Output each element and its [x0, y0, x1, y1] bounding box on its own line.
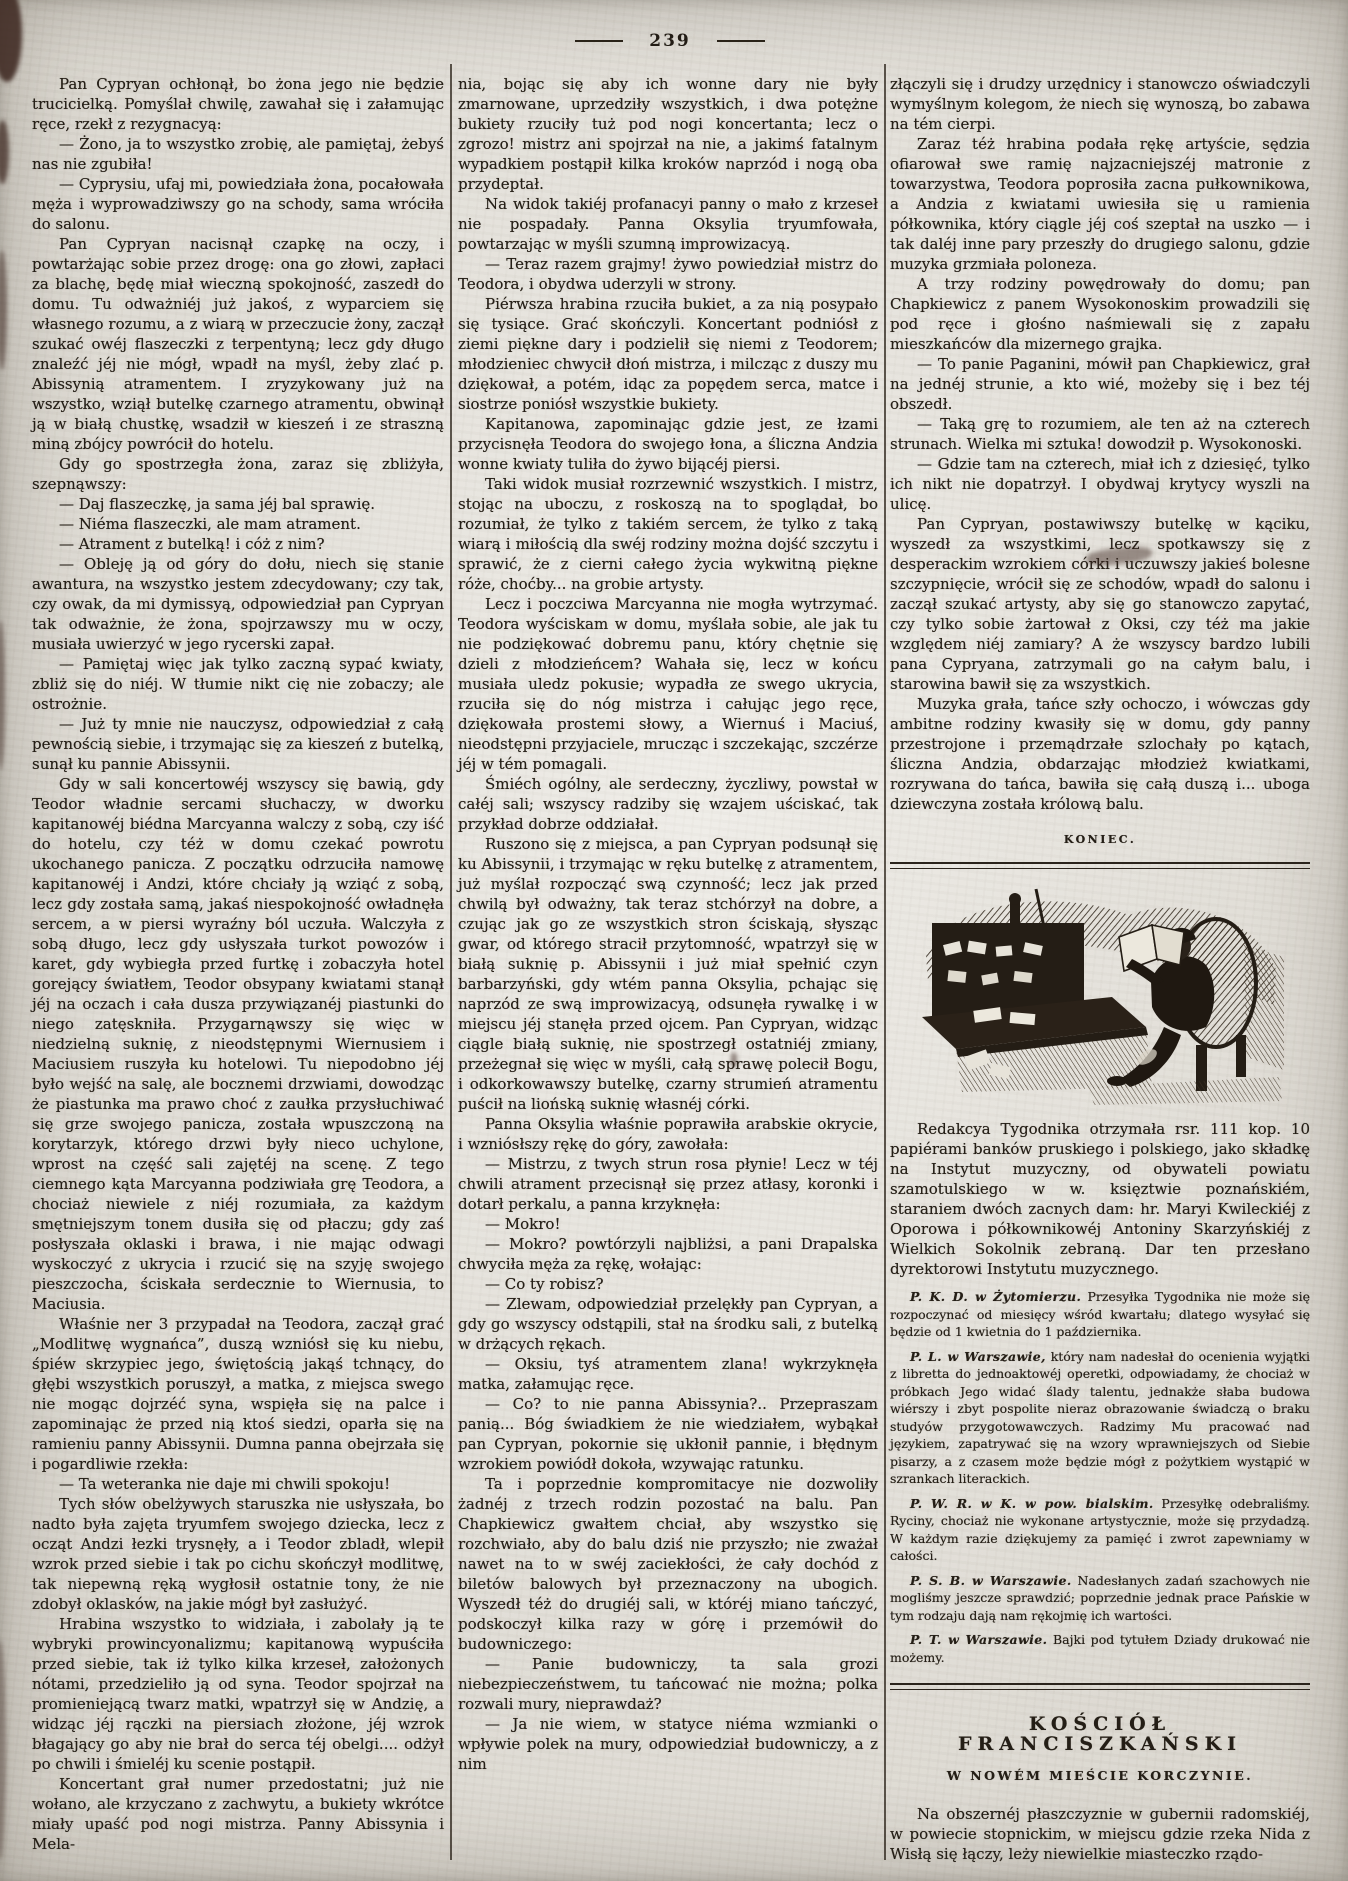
story-paragraph: Pan Cypryan ochłonął, bo żona jego nie b…: [32, 74, 444, 134]
story-paragraph: Ta i poprzednie kompromitacye nie dozwol…: [458, 1474, 878, 1654]
story-paragraph: Na widok takiéj profanacyi panny o mało …: [458, 194, 878, 254]
story-paragraph: Panna Oksylia właśnie poprawiła arabskie…: [458, 1114, 878, 1154]
story-paragraph: — Mokro? powtórzyli najbliżsi, a pani Dr…: [458, 1234, 878, 1274]
correspondence-notes: P. K. D. w Żytomierzu. Przesyłka Tygodni…: [890, 1281, 1310, 1666]
note-addressee: P. W. R. w K. w pow. bialskim.: [910, 1496, 1154, 1511]
story-paragraph: A trzy rodziny powędrowały do domu; pan …: [890, 274, 1310, 354]
note-addressee: P. K. D. w Żytomierzu.: [910, 1289, 1081, 1304]
column-2: nia, bojąc się aby ich wonne dary nie by…: [458, 74, 878, 1774]
redakcya-paragraph: Redakcya Tygodnika otrzymała rsr. 111 ko…: [890, 1119, 1310, 1279]
story-paragraph: Pan Cypryan, postawiwszy butelkę w kącik…: [890, 514, 1310, 694]
story-paragraph: — Co? to nie panna Abissynia?.. Przepras…: [458, 1394, 878, 1474]
story-paragraph: — Gdzie tam na czterech, miał ich z dzie…: [890, 454, 1310, 514]
story-paragraph: — Mokro!: [458, 1214, 878, 1234]
story-paragraph: — Niéma flaszeczki, ale mam atrament.: [32, 514, 444, 534]
story-continuation: złączyli się i drudzy urzędnicy i stanow…: [890, 74, 1310, 814]
column-rule-left: [450, 64, 452, 1860]
ink-speck: [731, 1052, 737, 1068]
church-article-section: KOŚCIÓŁ FRANCISZKAŃSKI W NOWÉM MIEŚCIE K…: [890, 1683, 1310, 1864]
ink-stain: [0, 620, 5, 770]
edge-shadow: [0, 1640, 6, 1860]
note-addressee: P. L. w Warszawie,: [910, 1349, 1046, 1364]
note-addressee: P. T. w Warszawie.: [910, 1632, 1047, 1647]
story-paragraph: — Ta weteranka nie daje mi chwili spokoj…: [32, 1474, 444, 1494]
story-paragraph: złączyli się i drudzy urzędnicy i stanow…: [890, 74, 1310, 134]
story-paragraph: Śmiéch ogólny, ale serdeczny, życzliwy, …: [458, 774, 878, 834]
story-paragraph: — To panie Paganini, mówił pan Chapkiewi…: [890, 354, 1310, 414]
story-paragraph: — Atrament z butelką! i cóż z nim?: [32, 534, 444, 554]
ink-stain: [0, 120, 9, 184]
note-text: który nam nadesłał do ocenienia wyjątki …: [890, 1349, 1310, 1487]
story-paragraph: — Cyprysiu, ufaj mi, powiedziała żona, p…: [32, 174, 444, 234]
correspondence-note: P. W. R. w K. w pow. bialskim. Przesyłkę…: [890, 1495, 1310, 1565]
story-paragraph: Lecz i poczciwa Marcyanna nie mogła wytr…: [458, 594, 878, 774]
double-rule: [890, 862, 1310, 869]
story-paragraph: — Panie budowniczy, ta sala grozi niebez…: [458, 1654, 878, 1714]
story-paragraph: Muzyka grała, tańce szły ochoczo, i wówc…: [890, 694, 1310, 814]
story-paragraph: Ruszono się z miejsca, a pan Cypryan pod…: [458, 834, 878, 1114]
story-paragraph: Właśnie ner 3 przypadał na Teodora, zacz…: [32, 1314, 444, 1474]
story-paragraph: — Żono, ja to wszystko zrobię, ale pamię…: [32, 134, 444, 174]
story-paragraph: — Oksiu, tyś atramentem zlana! wykrzyknę…: [458, 1354, 878, 1394]
story-paragraph: Kapitanowa, zapominając gdzie jest, ze ł…: [458, 414, 878, 474]
column-3: złączyli się i drudzy urzędnicy i stanow…: [890, 74, 1310, 1864]
illustration-frame: [890, 885, 1310, 1107]
story-paragraph: Zaraz téż hrabina podała rękę artyście, …: [890, 134, 1310, 274]
story-paragraph: — Już ty mnie nie nauczysz, odpowiedział…: [32, 714, 444, 774]
ink-stain: [0, 250, 7, 370]
header-dash-right: [717, 40, 765, 42]
story-paragraph: Gdy w sali koncertowéj wszyscy się bawią…: [32, 774, 444, 1314]
note-addressee: P. S. B. w Warszawie.: [910, 1573, 1072, 1588]
story-paragraph: — Mistrzu, z twych strun rosa płynie! Le…: [458, 1154, 878, 1214]
column-1: Pan Cypryan ochłonął, bo żona jego nie b…: [32, 74, 444, 1854]
ink-stain: [0, 0, 22, 82]
reading-man-engraving: [914, 885, 1286, 1107]
column-rule-right: [884, 64, 886, 1860]
story-paragraph: Pan Cypryan nacisnął czapkę na oczy, i p…: [32, 234, 444, 454]
story-paragraph: nia, bojąc się aby ich wonne dary nie by…: [458, 74, 878, 194]
double-rule: [890, 1683, 1310, 1690]
story-paragraph: — Obleję ją od góry do dołu, niech się s…: [32, 554, 444, 654]
story-paragraph: Koncertant grał numer przedostatni; już …: [32, 1774, 444, 1854]
koniec-label: KONIEC.: [890, 830, 1310, 850]
story-paragraph: — Ja nie wiem, w statyce niéma wzmianki …: [458, 1714, 878, 1774]
article-title: KOŚCIÓŁ FRANCISZKAŃSKI: [890, 1714, 1310, 1754]
story-paragraph: Piérwsza hrabina rzuciła bukiet, a za ni…: [458, 294, 878, 414]
page-header: 239: [30, 26, 1310, 56]
correspondence-note: P. L. w Warszawie, który nam nadesłał do…: [890, 1348, 1310, 1488]
story-paragraph: Taki widok musiał rozrzewnić wszystkich.…: [458, 474, 878, 594]
correspondence-note: P. K. D. w Żytomierzu. Przesyłka Tygodni…: [890, 1288, 1310, 1341]
story-paragraph: — Taką grę to rozumiem, ale ten aż na cz…: [890, 414, 1310, 454]
story-paragraph: Hrabina wszystko to widziała, i zabolały…: [32, 1614, 444, 1774]
story-paragraph: — Zlewam, odpowiedział przelękły pan Cyp…: [458, 1294, 878, 1354]
article-paragraph: Na obszernéj płaszczyznie w gubernii rad…: [890, 1804, 1310, 1864]
story-paragraph: Gdy go spostrzegła żona, zaraz się zbliż…: [32, 454, 444, 494]
newspaper-page: 239 Pan Cypryan ochłonął, bo żona jego n…: [0, 0, 1348, 1881]
page-number: 239: [649, 31, 691, 51]
correspondence-note: P. T. w Warszawie. Bajki pod tytułem Dzi…: [890, 1631, 1310, 1666]
story-paragraph: Tych słów obelżywych staruszka nie usłys…: [32, 1494, 444, 1614]
story-paragraph: — Pamiętaj więc jak tylko zaczną sypać k…: [32, 654, 444, 714]
story-paragraph: — Daj flaszeczkę, ja sama jéj bal sprawi…: [32, 494, 444, 514]
story-paragraph: — Co ty robisz?: [458, 1274, 878, 1294]
article-subtitle: W NOWÉM MIEŚCIE KORCZYNIE.: [890, 1766, 1310, 1786]
correspondence-note: P. S. B. w Warszawie. Nadesłanych zadań …: [890, 1572, 1310, 1625]
story-paragraph: — Teraz razem grajmy! żywo powiedział mi…: [458, 254, 878, 294]
header-dash-left: [575, 40, 623, 42]
